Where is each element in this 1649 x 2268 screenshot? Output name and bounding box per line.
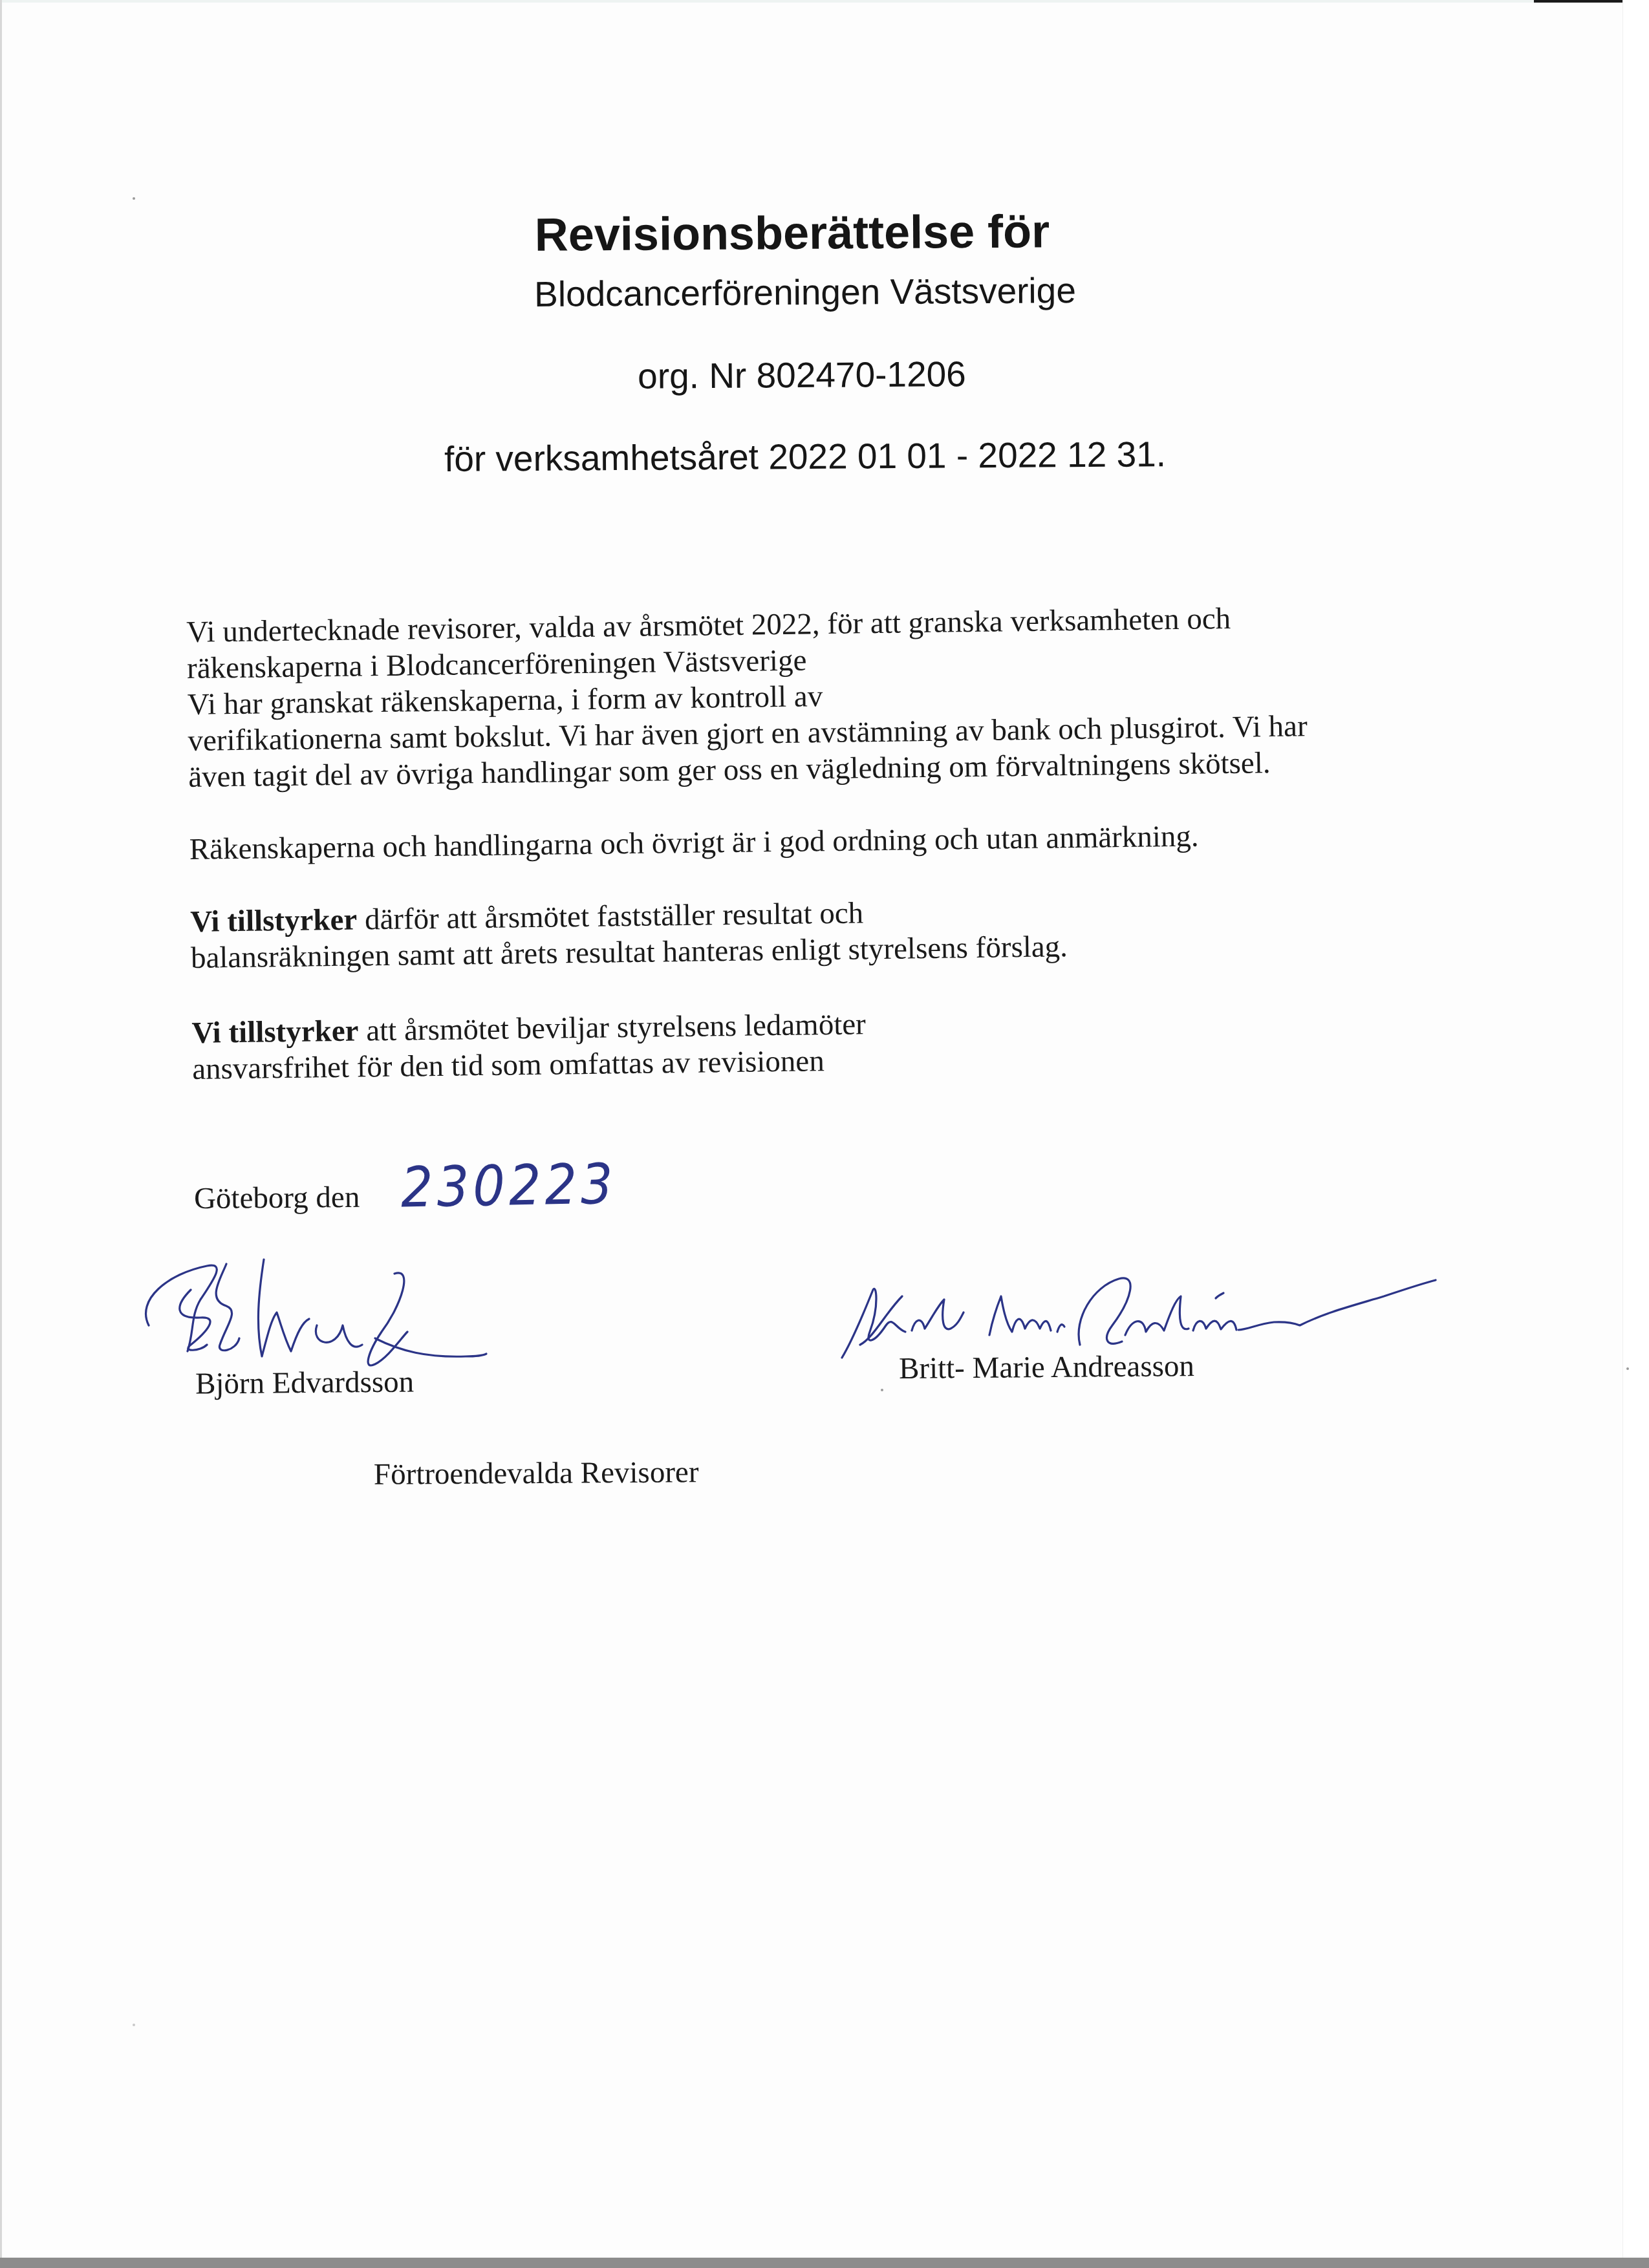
scan-speck xyxy=(133,197,135,200)
document-title: Revisionsberättelse för xyxy=(0,201,1617,266)
scan-edge-top xyxy=(0,0,1649,3)
scan-speck xyxy=(881,1389,883,1391)
organization-number: org. Nr 802470-1206 xyxy=(0,348,1626,401)
signature-bjorn-edvardsson xyxy=(129,1254,491,1384)
signatory-name: Britt- Marie Andreasson xyxy=(899,1349,1194,1386)
recommendation-text: att årsmötet beviljar styrelsens ledamöt… xyxy=(358,1007,866,1047)
recommendation-lead: Vi tillstyrker xyxy=(191,1014,359,1050)
recommendation-lead: Vi tillstyrker xyxy=(190,903,358,939)
signing-place-label: Göteborg den xyxy=(194,1180,360,1216)
signatory-name: Björn Edvardsson xyxy=(195,1365,415,1402)
scan-edge-bottom xyxy=(0,2258,1649,2268)
scan-speck xyxy=(133,2024,135,2026)
recommendation-text: därför att årsmötet fastställer resultat… xyxy=(357,896,864,936)
handwritten-date: 230223 xyxy=(400,1153,617,1221)
signatory-role: Förtroendevalda Revisorer xyxy=(374,1455,699,1492)
paragraph-scope: Vi undertecknade revisorer, valda av års… xyxy=(186,597,1482,795)
scan-speck xyxy=(1626,1367,1629,1370)
scan-edge-left xyxy=(0,0,2,2268)
organization-name: Blodcancerföreningen Västsverige xyxy=(0,266,1630,319)
scan-edge-right xyxy=(1622,0,1649,2268)
fiscal-period: för verksamhetsåret 2022 01 01 - 2022 12… xyxy=(0,430,1630,483)
report-body: Vi undertecknade revisorer, valda av års… xyxy=(186,597,1485,1087)
handwritten-signature-icon xyxy=(129,1254,491,1384)
